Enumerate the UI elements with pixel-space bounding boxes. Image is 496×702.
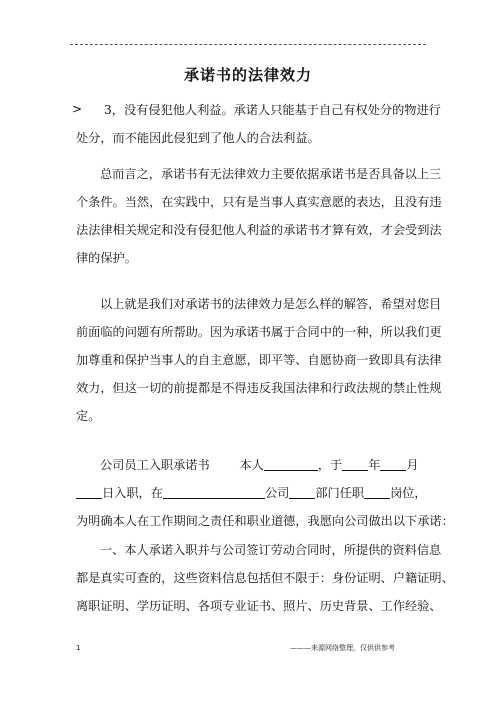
form-line-2: 日入职，在公司部门任职岗位， (76, 485, 422, 501)
paragraph-line: 处分，而不能因此侵犯到了他人的合法利益。 (76, 130, 422, 146)
paragraph-line: 3，没有侵犯他人利益。承诺人只能基于自己有权处分的物进行 (104, 102, 426, 118)
source-note: ———来源网络整理，仅供供参考 (290, 643, 395, 653)
list-marker: > (72, 102, 82, 116)
form-heading: 公司员工入职承诺书 (100, 458, 210, 472)
paragraph-line: 总而言之，承诺书有无法律效力主要依据承诺书是否具备以上三 (100, 166, 422, 182)
paragraph-line: 都是真实可查的，这些资料信息包括但不限于：身份证明、户籍证明、 (76, 570, 422, 586)
department-blank[interactable] (289, 486, 315, 499)
paragraph-line: 律的保护。 (76, 250, 422, 266)
page-number: 1 (76, 644, 80, 652)
paragraph-line: 一、本人承诺入职并与公司签订劳动合同时，所提供的资料信息 (100, 542, 422, 558)
form-text: 本人 (239, 458, 263, 472)
year-blank[interactable] (342, 458, 368, 471)
month-blank[interactable] (380, 458, 406, 471)
form-text: 月 (406, 458, 418, 472)
form-text: 年 (368, 458, 380, 472)
paragraph-line: 为明确本人在工作期间之责任和职业道德，我愿向公司做出以下承诺： (76, 513, 422, 529)
paragraph-line: 效力，但这一切的前提都是不得违反我国法律和行政法规的禁止性规 (76, 380, 422, 396)
name-blank[interactable] (264, 458, 318, 471)
form-text: 日入职，在 (102, 486, 163, 500)
form-text: 公司 (265, 486, 289, 500)
paragraph-line: 定。 (76, 408, 422, 424)
day-blank[interactable] (76, 486, 102, 499)
form-text: ，于 (318, 458, 342, 472)
position-blank[interactable] (364, 486, 390, 499)
form-text: 岗位， (390, 486, 427, 500)
paragraph-line: 离职证明、学历证明、各项专业证书、照片、历史背景、工作经验、 (76, 598, 422, 614)
form-text: 部门任职 (315, 486, 364, 500)
paragraph-line: 个条件。当然，在实践中，只有是当事人真实意愿的表达，且没有违 (76, 194, 422, 210)
paragraph-line: 前面临的问题有所帮助。因为承诺书属于合同中的一种，所以我们更 (76, 324, 422, 340)
header-divider (70, 44, 426, 45)
form-line-1: 公司员工入职承诺书 本人，于年月 (100, 457, 422, 473)
company-blank[interactable] (163, 486, 265, 499)
document-title: 承诺书的法律效力 (0, 64, 496, 85)
paragraph-line: 以上就是我们对承诺书的法律效力是怎么样的解答，希望对您目 (100, 296, 422, 312)
paragraph-line: 加尊重和保护当事人的自主意愿，即平等、自愿协商一致即具有法律 (76, 352, 422, 368)
paragraph-line: 法法律相关规定和没有侵犯他人利益的承诺书才算有效，才会受到法 (76, 222, 422, 238)
